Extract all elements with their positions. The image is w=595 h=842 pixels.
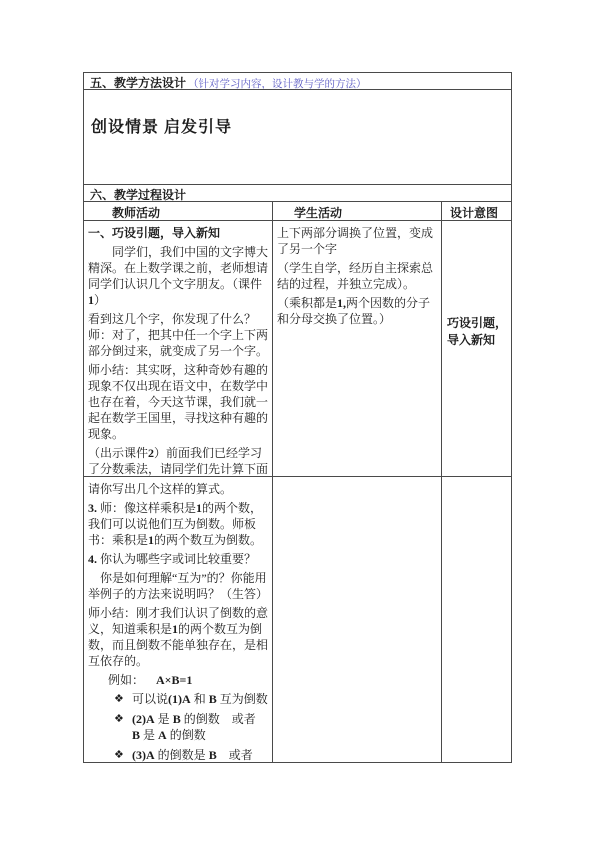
lesson-plan-page: 五、教学方法设计（针对学习内容，设计教与学的方法） 创设情景 启发引导 六、教学… — [83, 72, 512, 763]
bullet-text: (2)A 是 B 的倒数 或者 B 是 A 的倒数 — [132, 712, 268, 742]
list-item: ❖ (2)A 是 B 的倒数 或者 B 是 A 的倒数 — [88, 711, 269, 743]
student-paragraph: （学生自学，经历自主探索总结的过程，并独立完成）。 — [277, 260, 438, 292]
teacher-paragraph: 你是如何理解“互为”的？你能用举例子的方法来说明吗？（生答） — [88, 570, 269, 602]
student-paragraph: （乘积都是1,两个因数的分子和分母交换了位置。） — [277, 295, 438, 327]
example-line: 例如：A×B=1 — [88, 672, 269, 688]
student-activities-cell: 上下两部分调换了位置，变成了另一个字 （学生自学，经历自主探索总结的过程，并独立… — [273, 221, 442, 476]
bullet-text: 可以说(1)A 和 B 互为倒数 — [132, 692, 268, 706]
column-header-intent: 设计意图 — [442, 202, 511, 220]
student-activities-cell — [273, 477, 442, 762]
section5-title: 五、教学方法设计 — [90, 76, 186, 90]
teacher-paragraph: （出示课件2）前面我们已经学习了分数乘法，请同学们先计算下面各题，再观察这些算式… — [88, 445, 269, 476]
list-item: ❖ (3)A 的倒数是 B 或者 B 的倒数是 A — [88, 747, 269, 762]
column-header-teacher: 教师活动 — [84, 202, 273, 220]
diamond-bullet-icon: ❖ — [114, 712, 124, 726]
example-formula: A×B=1 — [156, 673, 192, 687]
diamond-bullet-icon: ❖ — [114, 692, 124, 706]
teacher-paragraph: 3. 师：像这样乘积是1的两个数，我们可以说他们互为倒数。师板书：乘积是1的两个… — [88, 500, 269, 548]
bullet-text: (3)A 的倒数是 B 或者 B 的倒数是 A — [132, 748, 265, 762]
teacher-paragraph: 4. 你认为哪些字或词比较重要？ — [88, 551, 269, 567]
teaching-method-body: 创设情景 启发引导 — [84, 90, 511, 184]
teacher-paragraph: 同学们，我们中国的文字博大精深。在上数学课之前，老师想请同学们认识几个文字朋友。… — [88, 244, 269, 308]
teacher-activities-cell: 请你写出几个这样的算式。 3. 师：像这样乘积是1的两个数，我们可以说他们互为倒… — [84, 477, 273, 762]
teaching-process-table: 六、教学过程设计 教师活动 学生活动 设计意图 一、巧设引题，导入新知 同学们，… — [83, 184, 512, 763]
design-intent-cell: 巧设引题，导入新知 — [442, 221, 511, 476]
list-item: ❖ 可以说(1)A 和 B 互为倒数 — [88, 691, 269, 707]
teacher-paragraph: 看到这几个字，你发现了什么？师：对了，把其中任一个字上下两部分倒过来，就变成了另… — [88, 311, 269, 359]
section6-title: 六、教学过程设计 — [84, 185, 511, 202]
example-label: 例如： — [108, 673, 144, 687]
table-row: 一、巧设引题，导入新知 同学们，我们中国的文字博大精深。在上数学课之前，老师想请… — [84, 221, 511, 477]
section5-annotation: （针对学习内容，设计教与学的方法） — [188, 79, 367, 90]
design-intent-cell — [442, 477, 511, 762]
teaching-method-table: 五、教学方法设计（针对学习内容，设计教与学的方法） 创设情景 启发引导 — [83, 72, 512, 185]
student-paragraph: 上下两部分调换了位置，变成了另一个字 — [277, 225, 438, 257]
process-table-header-row: 教师活动 学生活动 设计意图 — [84, 202, 511, 221]
teacher-paragraph: 师小结：其实呀，这种奇妙有趣的现象不仅出现在语文中，在数学中也存在着，今天这节课… — [88, 362, 269, 442]
table-row: 请你写出几个这样的算式。 3. 师：像这样乘积是1的两个数，我们可以说他们互为倒… — [84, 477, 511, 762]
teacher-activity-heading: 一、巧设引题，导入新知 — [88, 225, 269, 241]
column-header-student: 学生活动 — [273, 202, 442, 220]
teaching-method-header: 五、教学方法设计（针对学习内容，设计教与学的方法） — [84, 73, 511, 90]
teacher-paragraph: 师小结：刚才我们认识了倒数的意义，知道乘积是1的两个数互为倒数，而且倒数不能单独… — [88, 605, 269, 669]
reciprocal-statements-list: ❖ 可以说(1)A 和 B 互为倒数 ❖ (2)A 是 B 的倒数 或者 B 是… — [88, 691, 269, 762]
teaching-method-content: 创设情景 启发引导 — [91, 114, 505, 137]
diamond-bullet-icon: ❖ — [114, 748, 124, 762]
teacher-paragraph: 请你写出几个这样的算式。 — [88, 481, 269, 497]
teacher-activities-cell: 一、巧设引题，导入新知 同学们，我们中国的文字博大精深。在上数学课之前，老师想请… — [84, 221, 273, 476]
